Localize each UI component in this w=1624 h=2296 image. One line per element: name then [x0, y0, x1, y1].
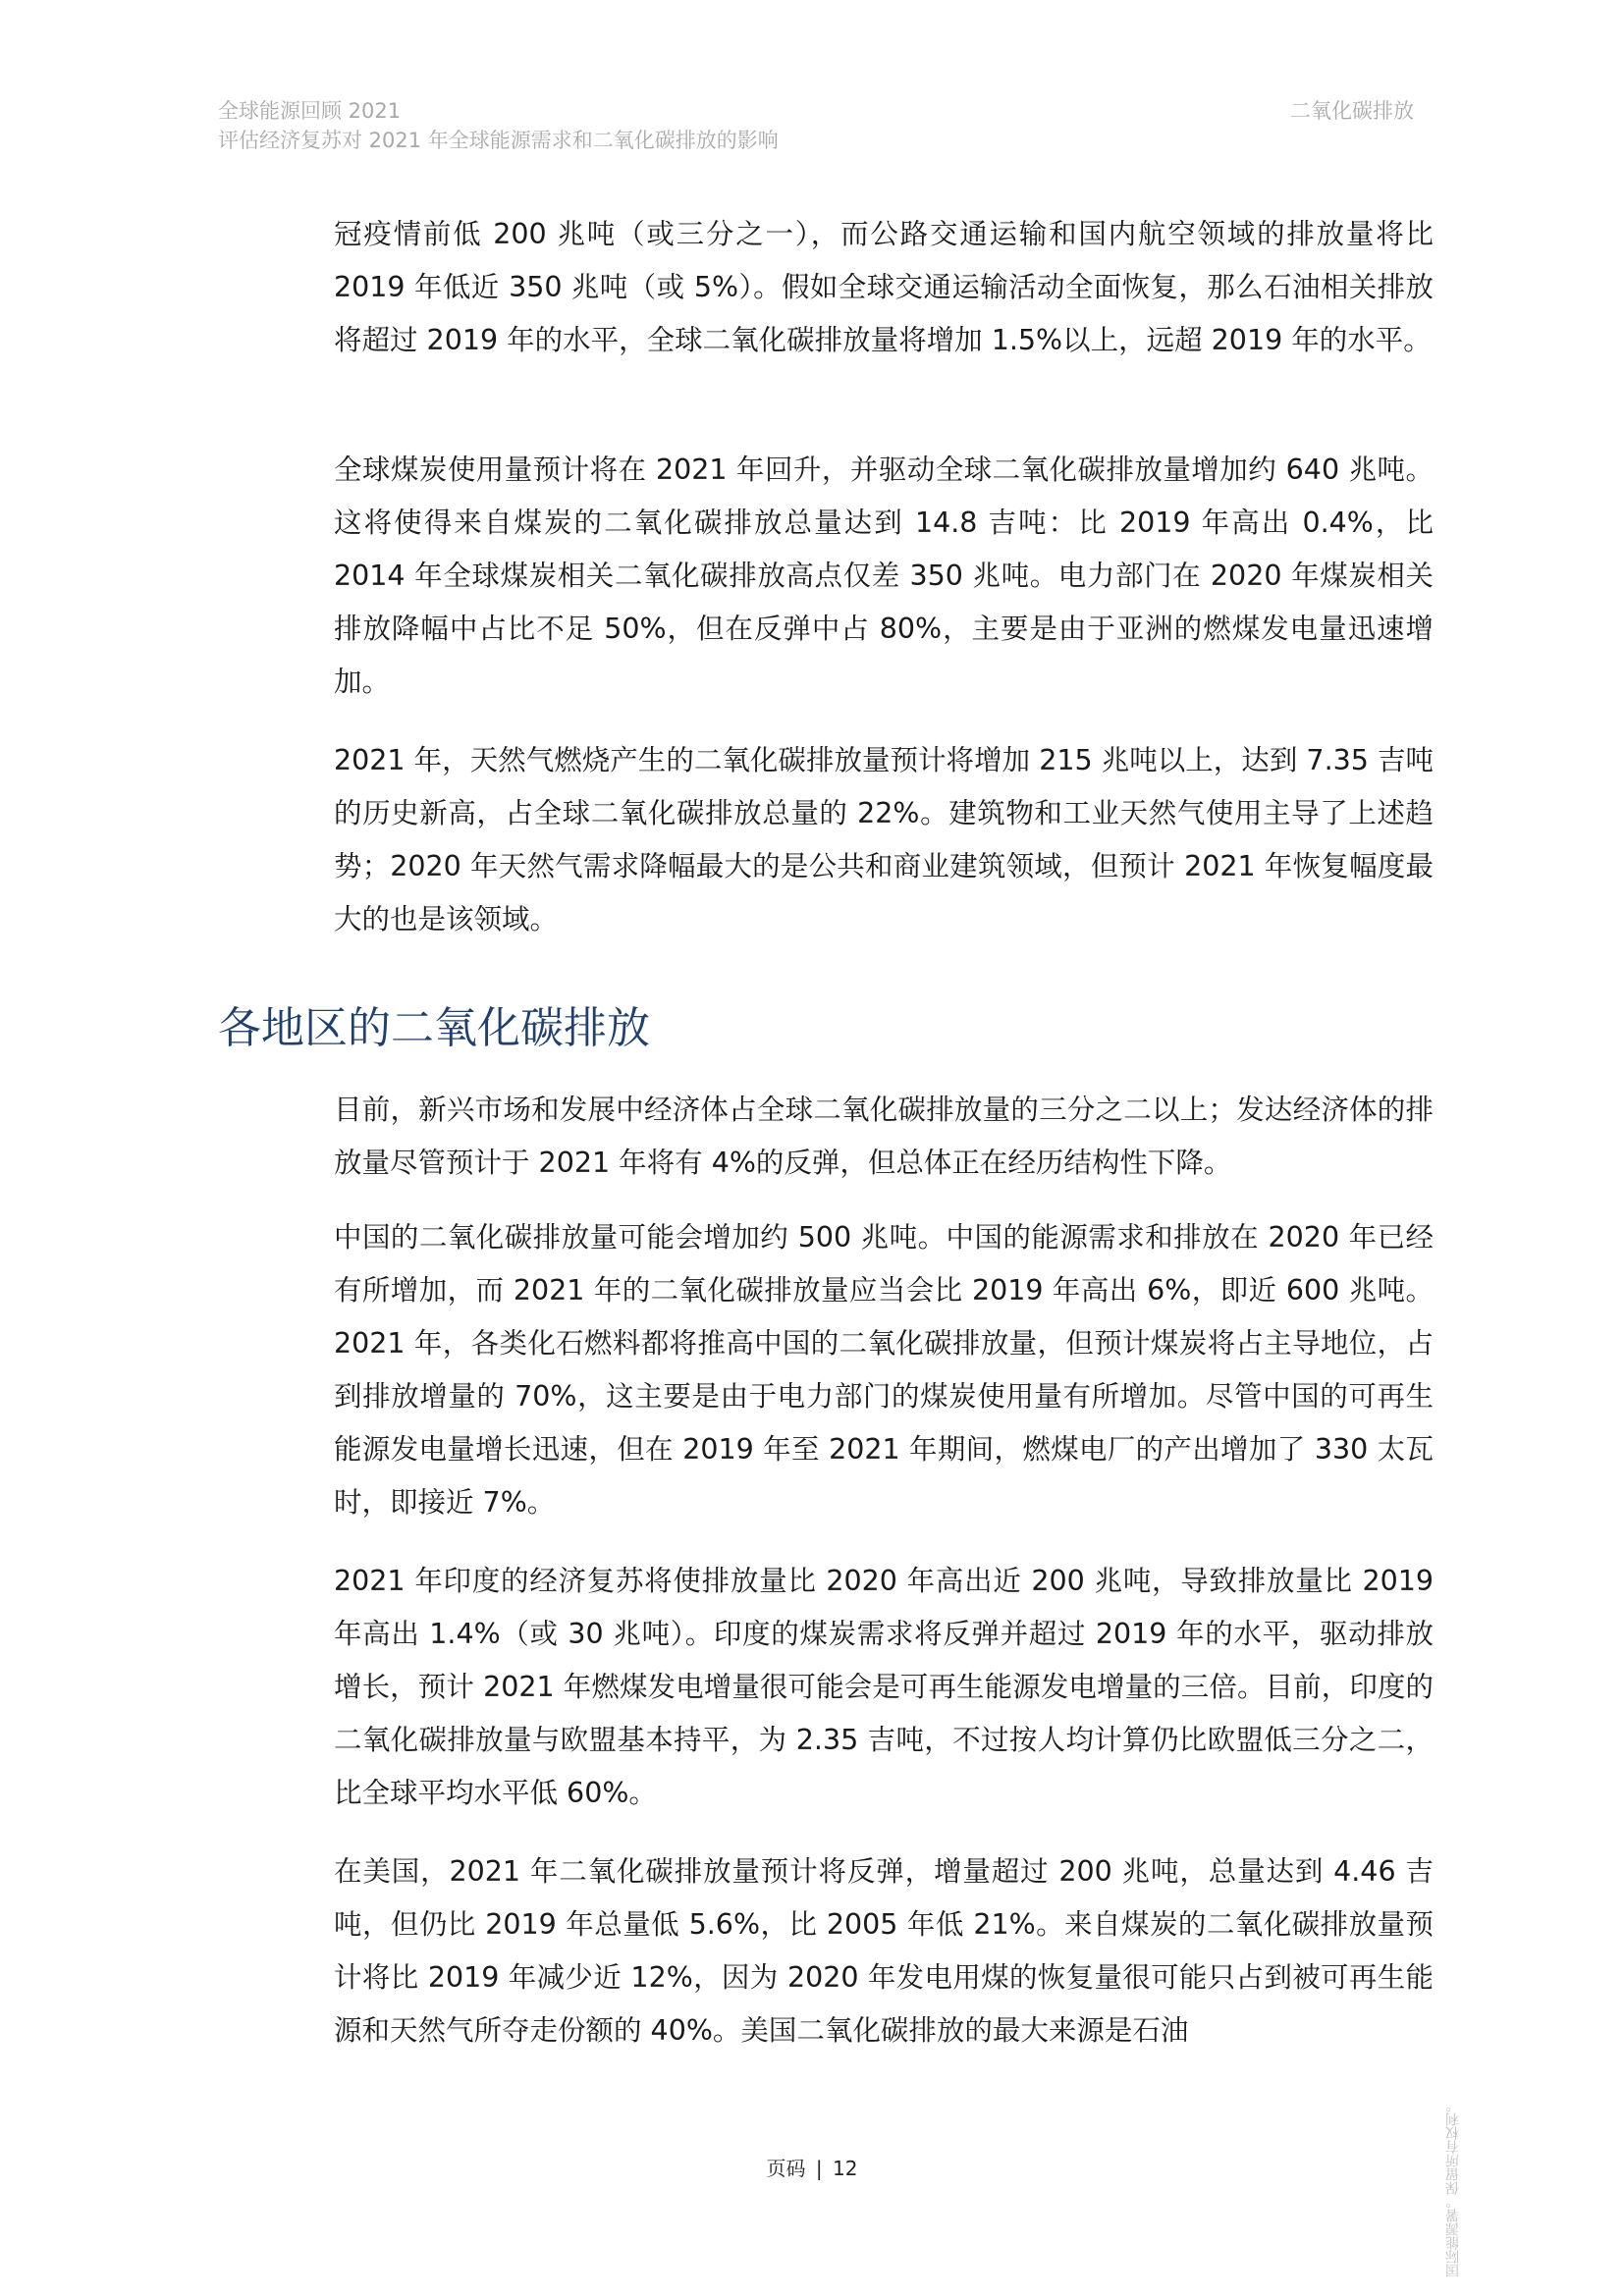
intro-paragraph-2-block: 全球煤炭使用量预计将在 2021 年回升，并驱动全球二氧化碳排放量增加约 640…: [334, 444, 1434, 709]
chapter-title: 二氧化碳排放: [1290, 96, 1414, 126]
paragraph: 目前，新兴市场和发展中经济体占全球二氧化碳排放量的三分之二以上；发达经济体的排放…: [334, 1084, 1434, 1190]
intro-paragraph-1-block: 冠疫情前低 200 兆吨（或三分之一），而公路交通运输和国内航空领域的排放量将比…: [334, 208, 1434, 367]
paragraph: 全球煤炭使用量预计将在 2021 年回升，并驱动全球二氧化碳排放量增加约 640…: [334, 444, 1434, 709]
section-paragraph-1-block: 目前，新兴市场和发展中经济体占全球二氧化碳排放量的三分之二以上；发达经济体的排放…: [334, 1084, 1434, 1190]
section-paragraph-3-block: 2021 年印度的经济复苏将使排放量比 2020 年高出近 200 兆吨，导致排…: [334, 1555, 1434, 1820]
section-paragraph-2-block: 中国的二氧化碳排放量可能会增加约 500 兆吨。中国的能源需求和排放在 2020…: [334, 1211, 1434, 1529]
section-heading: 各地区的二氧化碳排放: [218, 999, 650, 1058]
running-header: 全球能源回顾 2021 评估经济复苏对 2021 年全球能源需求和二氧化碳排放的…: [218, 96, 779, 155]
paragraph: 2021 年印度的经济复苏将使排放量比 2020 年高出近 200 兆吨，导致排…: [334, 1555, 1434, 1820]
paragraph: 冠疫情前低 200 兆吨（或三分之一），而公路交通运输和国内航空领域的排放量将比…: [334, 208, 1434, 367]
intro-paragraph-3-block: 2021 年，天然气燃烧产生的二氧化碳排放量预计将增加 215 兆吨以上，达到 …: [334, 734, 1434, 946]
page-number: 12: [833, 2157, 857, 2180]
copyright-note: 国际能源署。保留所有权利。: [1443, 2101, 1467, 2277]
paragraph: 2021 年，天然气燃烧产生的二氧化碳排放量预计将增加 215 兆吨以上，达到 …: [334, 734, 1434, 946]
page-footer: 页码 | 12: [0, 2153, 1624, 2181]
footer-separator: |: [816, 2157, 823, 2180]
report-title: 全球能源回顾 2021: [218, 96, 779, 126]
report-subtitle: 评估经济复苏对 2021 年全球能源需求和二氧化碳排放的影响: [218, 126, 779, 155]
page-label: 页码: [767, 2157, 806, 2180]
paragraph: 中国的二氧化碳排放量可能会增加约 500 兆吨。中国的能源需求和排放在 2020…: [334, 1211, 1434, 1529]
section-paragraph-4-block: 在美国，2021 年二氧化碳排放量预计将反弹，增量超过 200 兆吨，总量达到 …: [334, 1845, 1434, 2057]
paragraph: 在美国，2021 年二氧化碳排放量预计将反弹，增量超过 200 兆吨，总量达到 …: [334, 1845, 1434, 2057]
